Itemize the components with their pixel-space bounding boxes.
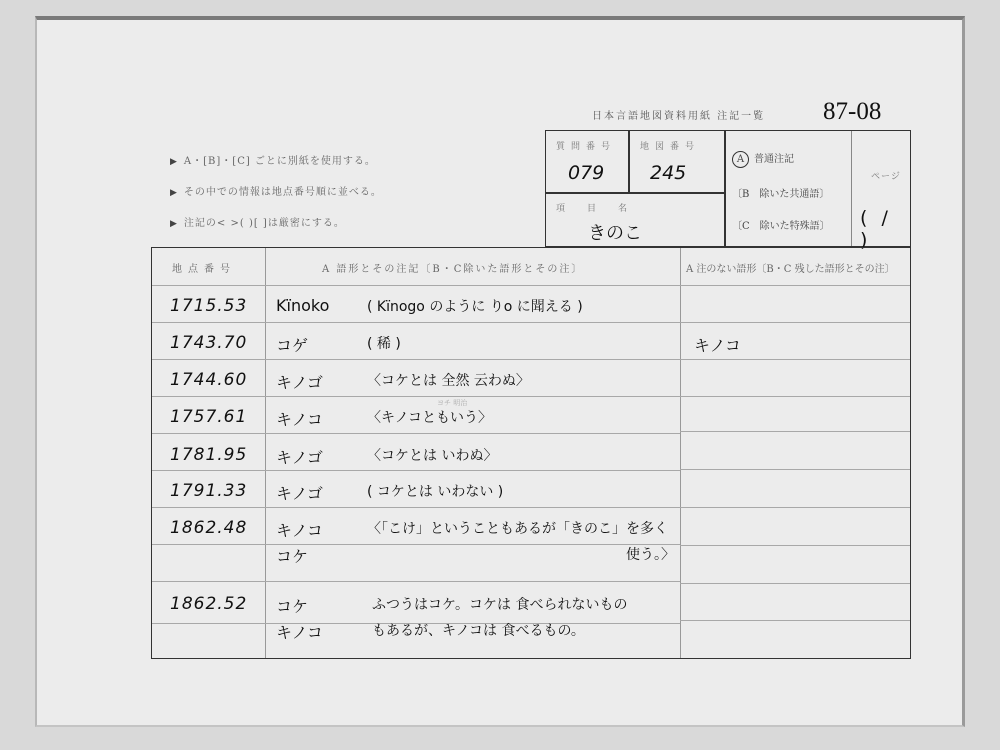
- triangle-marker-icon: ▶: [170, 188, 178, 198]
- annotation-note: もあるが、キノコは 食べるもの。: [372, 620, 585, 640]
- point-number: 1781.95: [170, 445, 247, 465]
- annotation-note: 〈コケとは 全然 云わぬ〉: [367, 370, 530, 390]
- point-number: 1862.48: [170, 518, 247, 538]
- faint-annotation: ヨチ 明治: [437, 398, 467, 408]
- word-form: キノコ: [276, 518, 323, 541]
- map-number-value: 245: [650, 162, 686, 184]
- word-form: キノコ: [276, 407, 323, 430]
- page-label: ページ: [871, 169, 901, 182]
- triangle-marker-icon: ▶: [170, 219, 178, 229]
- item-name-label: 項目名: [556, 201, 649, 214]
- map-number-label: 地図番号: [640, 139, 700, 152]
- triangle-marker-icon: ▶: [170, 157, 178, 167]
- word-form: コケ: [276, 544, 308, 567]
- annotation-note: 〈キノコともいう〉: [367, 407, 492, 427]
- type-b-option: 〔B 除いた共通語〕: [732, 185, 829, 200]
- annotation-note: ( コケとは いわない ): [367, 481, 503, 501]
- annotation-note: ふつうはコケ。コケは 食べられないもの: [372, 594, 627, 614]
- annotation-note: ( Kïnogo のように りo に聞える ): [367, 296, 583, 316]
- card-number: 87-08: [823, 98, 881, 126]
- annotation-note: 〈「こけ」ということもあるが「きのこ」を多く: [367, 518, 668, 538]
- word-form: コケ: [276, 594, 308, 617]
- page-value: ( / ): [860, 207, 910, 251]
- info-box: 質問番号 079 地図番号 245 項目名 きのこ A普通注記 〔B 除いた共通…: [545, 130, 911, 247]
- point-number: 1744.60: [170, 370, 247, 390]
- type-a-option: A普通注記: [732, 150, 794, 168]
- column-header-point-number: 地点番号: [172, 260, 236, 275]
- annotation-note: 〈コケとは いわぬ〉: [367, 445, 497, 465]
- word-form: キノコ: [276, 620, 323, 643]
- point-number: 1791.33: [170, 481, 247, 501]
- column-header-plain-forms: A 注のない語形〔B・C 残した語形とその注〕: [686, 260, 895, 275]
- point-number: 1715.53: [170, 296, 247, 316]
- point-number: 1862.52: [170, 594, 247, 614]
- instruction-2: ▶その中での情報は地点番号順に並べる。: [170, 183, 382, 198]
- question-number-label: 質問番号: [556, 139, 616, 152]
- instruction-1: ▶A・[B]・[C] ごとに別紙を使用する。: [170, 152, 376, 167]
- column-header-forms-notes: A 語形とその注記〔B・C除いた語形とその注〕: [322, 260, 583, 275]
- word-form: Kïnoko: [276, 296, 329, 315]
- notes-table: 地点番号 A 語形とその注記〔B・C除いた語形とその注〕 A 注のない語形〔B・…: [151, 247, 911, 659]
- point-number: 1743.70: [170, 333, 247, 353]
- type-c-option: 〔C 除いた特殊語〕: [732, 217, 830, 232]
- annotation-note: ( 稀 ): [367, 333, 401, 353]
- plain-form: キノコ: [694, 333, 741, 356]
- question-number-value: 079: [568, 162, 604, 184]
- word-form: キノゴ: [276, 445, 323, 468]
- selected-circle-icon: A: [732, 151, 749, 168]
- point-number: 1757.61: [170, 407, 247, 427]
- item-name-value: きのこ: [588, 219, 642, 245]
- form-title: 日本言語地図資料用紙 注記一覧: [592, 107, 765, 122]
- annotation-note: 使う。〉: [626, 544, 675, 564]
- word-form: キノゴ: [276, 481, 323, 504]
- word-form: コゲ: [276, 333, 308, 356]
- word-form: キノゴ: [276, 370, 323, 393]
- instruction-3: ▶注記の< >( )[ ]は厳密にする。: [170, 214, 345, 229]
